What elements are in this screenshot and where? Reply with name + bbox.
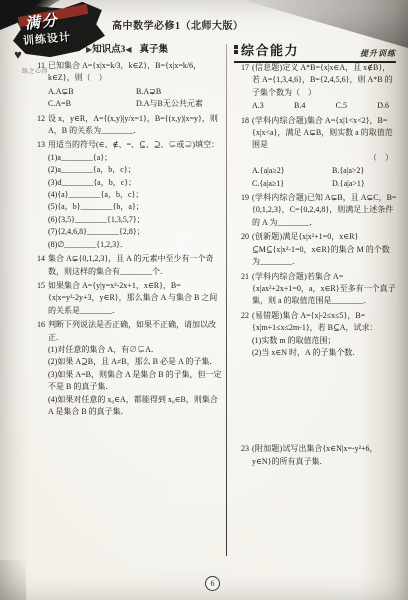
option-D: D.6 [377, 100, 389, 112]
problem-number: 20 [234, 231, 249, 268]
problem-12: 12设 x，y∈R，A={(x,y)|y/x=1}，B={(x,y)|x=y}，… [30, 113, 222, 138]
problem-22: 22(易错题)集合 A={x|-2≤x≤5}，B={x|m+1≤x≤2m-1}，… [234, 310, 397, 360]
problem-text: 设 x，y∈R，A={(x,y)|y/x=1}，B={(x,y)|x=y}，则 … [48, 114, 218, 135]
problem-text: 集合 A⊊{0,1,2,3}，且 A 的元素中至少有一个奇数，则这样的集合有__… [48, 254, 214, 275]
problem-16: 16判断下列说法是否正确，如果不正确，请加以改正．(1)对任意的集合 A，有∅⊊… [30, 319, 222, 418]
column-divider [226, 44, 227, 556]
problem-number: 21 [234, 271, 249, 308]
right-section-header: 综合能力 提升训练 [234, 40, 396, 63]
problem-subitem: (5){a，b}________{b，a}； [48, 201, 222, 213]
right-column-problems: 17(信息题)定义 A*B={x|x∈A，且 x∉B}，若 A={1,3,4,6… [234, 62, 397, 470]
option-A: A.{a|a≥2} [252, 165, 332, 177]
problem-number: 23 [234, 443, 249, 468]
answer-parentheses: （ ） [252, 152, 397, 164]
knowledge-point-topic: 真子集 [140, 45, 169, 55]
problem-subitem: (4)如果对任意的 x₀∈A，都能得到 x₀∈B，则集合 A 是集合 B 的真子… [48, 394, 222, 419]
option-C: C.{a|a≥1} [252, 178, 332, 190]
problem-17: 17(信息题)定义 A*B={x|x∈A，且 x∉B}，若 A={1,3,4,6… [234, 62, 397, 113]
problem-13: 13用适当的符号(∈、∉、=、⊆、⊇、⊊或⊋)填空：(1)a________{a… [30, 139, 222, 251]
book-title: 高中数学必修1（北师大版） [112, 17, 244, 32]
option-D: D.{a|a>1} [332, 178, 397, 190]
problem-tag: (学科内综合题) [252, 116, 307, 125]
problem-body: 集合 A⊊{0,1,2,3}，且 A 的元素中至少有一个奇数，则这样的集合有__… [48, 253, 222, 278]
page-number-badge: 6 [205, 576, 220, 591]
photo-corner-shadow-bottom-left [0, 560, 26, 600]
problem-15: 15如果集合 A={y|y=x²-2x+1，x∈R}，B={x|x=y²-2y+… [30, 280, 222, 317]
problem-number: 11 [30, 60, 45, 111]
problem-23: 23(附加题)试写出集合{x∈N|x=-y²+6，y∈N}的所有真子集． [234, 443, 397, 468]
problem-19: 19(学科内综合题)已知 A⊊B，且 A⊊C，B={0,1,2,3}，C={0,… [234, 192, 397, 229]
problem-tag: (学科内综合题) [252, 193, 307, 202]
problem-subitem: (6){3,5}________{1,3,5,7}； [48, 214, 222, 226]
problem-body: (创新题)满足{x|x²+1=0，x∈R}⊆M⊆{x|x²-1=0，x∈R}的集… [252, 231, 397, 268]
problem-21: 21(学科内综合题)若集合 A={x|ax²+2x+1=0，a，x∈R}至多有一… [234, 271, 397, 308]
problem-tag: (易错题) [252, 311, 282, 320]
problem-number: 19 [234, 192, 249, 229]
problem-body: 用适当的符号(∈、∉、=、⊆、⊇、⊊或⊋)填空：(1)a________{a}；… [48, 139, 222, 251]
right-section-subtitle: 提升训练 [360, 48, 396, 59]
option-C: C.5 [336, 100, 347, 112]
problem-body: (易错题)集合 A={x|-2≤x≤5}，B={x|m+1≤x≤2m-1}，若 … [252, 310, 397, 360]
workbook-page: 满分 训练设计 高中数学必修1（北师大版） ▶知识点3◀真子集 综合能力 提升训… [0, 0, 408, 600]
problem-number: 15 [30, 280, 45, 317]
problem-number: 16 [30, 319, 45, 418]
problem-subitem: (2)a________{a，b，c}； [48, 164, 222, 176]
section-prefix-icon [234, 45, 238, 54]
option-B: B.A⊋B [136, 86, 222, 98]
option-B: B.{a|a>2} [332, 165, 397, 177]
problem-number: 14 [30, 253, 45, 278]
problem-text: 如果集合 A={y|y=x²-2x+1，x∈R}，B={x|x=y²-2y+3，… [48, 281, 217, 315]
problem-subitem: (3)d________{a，b，c}； [48, 177, 222, 189]
option-C: C.A=B [48, 98, 136, 110]
problem-body: (学科内综合题)若集合 A={x|ax²+2x+1=0，a，x∈R}至多有一个真… [252, 271, 397, 308]
problem-subitem: (4){a}________{a，b，c}； [48, 189, 222, 201]
problem-11: 11已知集合 A={x|x=k/3，k∈Z}，B={x|x=k/6，k∈Z}，则… [30, 60, 222, 111]
problem-number: 13 [30, 139, 45, 251]
problem-body: (信息题)定义 A*B={x|x∈A，且 x∉B}，若 A={1,3,4,6}，… [252, 62, 397, 113]
problem-tag: (创新题) [252, 232, 282, 241]
problem-text: 判断下列说法是否正确，如果不正确，请加以改正． [48, 320, 216, 341]
problem-body: 已知集合 A={x|x=k/3，k∈Z}，B={x|x=k/6，k∈Z}，则（ … [48, 60, 222, 111]
option-A: A.3 [252, 100, 264, 112]
problem-subitem: (2)如果 A⊇B，且 A≠B，那么 B 必是 A 的子集． [48, 356, 222, 368]
problem-number: 12 [30, 113, 45, 138]
problem-subitem: (1)a________{a}； [48, 152, 222, 164]
options-group: A.{a|a≥2}B.{a|a>2}C.{a|a≥1}D.{a|a>1} [252, 165, 397, 190]
option-A: A.A⊊B [48, 86, 136, 98]
problem-body: (学科内综合题)已知 A⊊B，且 A⊊C，B={0,1,2,3}，C={0,2,… [252, 192, 397, 229]
problem-tag: (附加题) [252, 444, 282, 453]
problem-body: 如果集合 A={y|y=x²-2x+1，x∈R}，B={x|x=y²-2y+3，… [48, 280, 222, 317]
heart-icon: ♥ [8, 50, 28, 60]
problem-20: 20(创新题)满足{x|x²+1=0，x∈R}⊆M⊆{x|x²-1=0，x∈R}… [234, 231, 397, 268]
options-group: A.3B.4C.5D.6 [252, 100, 397, 112]
problem-subitem: (8)∅________{1,2,3}． [48, 239, 222, 251]
problem-body: (附加题)试写出集合{x∈N|x=-y²+6，y∈N}的所有真子集． [252, 443, 397, 468]
problem-body: 设 x，y∈R，A={(x,y)|y/x=1}，B={(x,y)|x=y}，则 … [48, 113, 222, 138]
problem-subitem: (2)当 x∈N 时，A 的子集个数． [252, 347, 397, 359]
problem-number: 22 [234, 310, 249, 360]
problem-number: 17 [234, 62, 249, 113]
problem-tag: (信息题) [252, 63, 282, 72]
problem-subitem: (7){2,4,6,8}________{2,8}； [48, 226, 222, 238]
knowledge-point-label: 知识点3 [92, 45, 125, 55]
knowledge-point-header: ▶知识点3◀真子集 [34, 41, 220, 55]
problem-18: 18(学科内综合题)集合 A={x|1<x<2}，B={x|x<a}，满足 A⊊… [234, 115, 397, 190]
problem-tag: (学科内综合题) [252, 272, 307, 281]
problem-subitem: (1)实数 m 的取值范围； [252, 335, 397, 347]
option-B: B.4 [294, 100, 305, 112]
problem-body: 判断下列说法是否正确，如果不正确，请加以改正．(1)对任意的集合 A，有∅⊊A．… [48, 319, 222, 418]
margin-tree-icon: ♥ [8, 50, 28, 60]
right-section-title: 综合能力 [241, 40, 299, 59]
problem-subitem: (3)如果 A=B，则集合 A 是集合 B 的子集，但一定不是 B 的真子集． [48, 369, 222, 394]
left-column-problems: 11已知集合 A={x|x=k/3，k∈Z}，B={x|x=k/6，k∈Z}，则… [30, 60, 222, 420]
problem-text: 已知集合 A={x|x=k/3，k∈Z}，B={x|x=k/6，k∈Z}，则（ … [48, 61, 201, 82]
problem-number: 18 [234, 115, 249, 190]
problem-text: 用适当的符号(∈、∉、=、⊆、⊇、⊊或⊋)填空： [48, 140, 219, 149]
problem-14: 14集合 A⊊{0,1,2,3}，且 A 的元素中至少有一个奇数，则这样的集合有… [30, 253, 222, 278]
options-group: A.A⊊BB.A⊋BC.A=BD.A与B无公共元素 [48, 86, 222, 111]
option-D: D.A与B无公共元素 [136, 98, 222, 110]
right-arrow-icon: ◀ [125, 45, 131, 54]
problem-body: (学科内综合题)集合 A={x|1<x<2}，B={x|x<a}，满足 A⊊B，… [252, 115, 397, 190]
problem-subitem: (1)对任意的集合 A，有∅⊊A． [48, 344, 222, 356]
